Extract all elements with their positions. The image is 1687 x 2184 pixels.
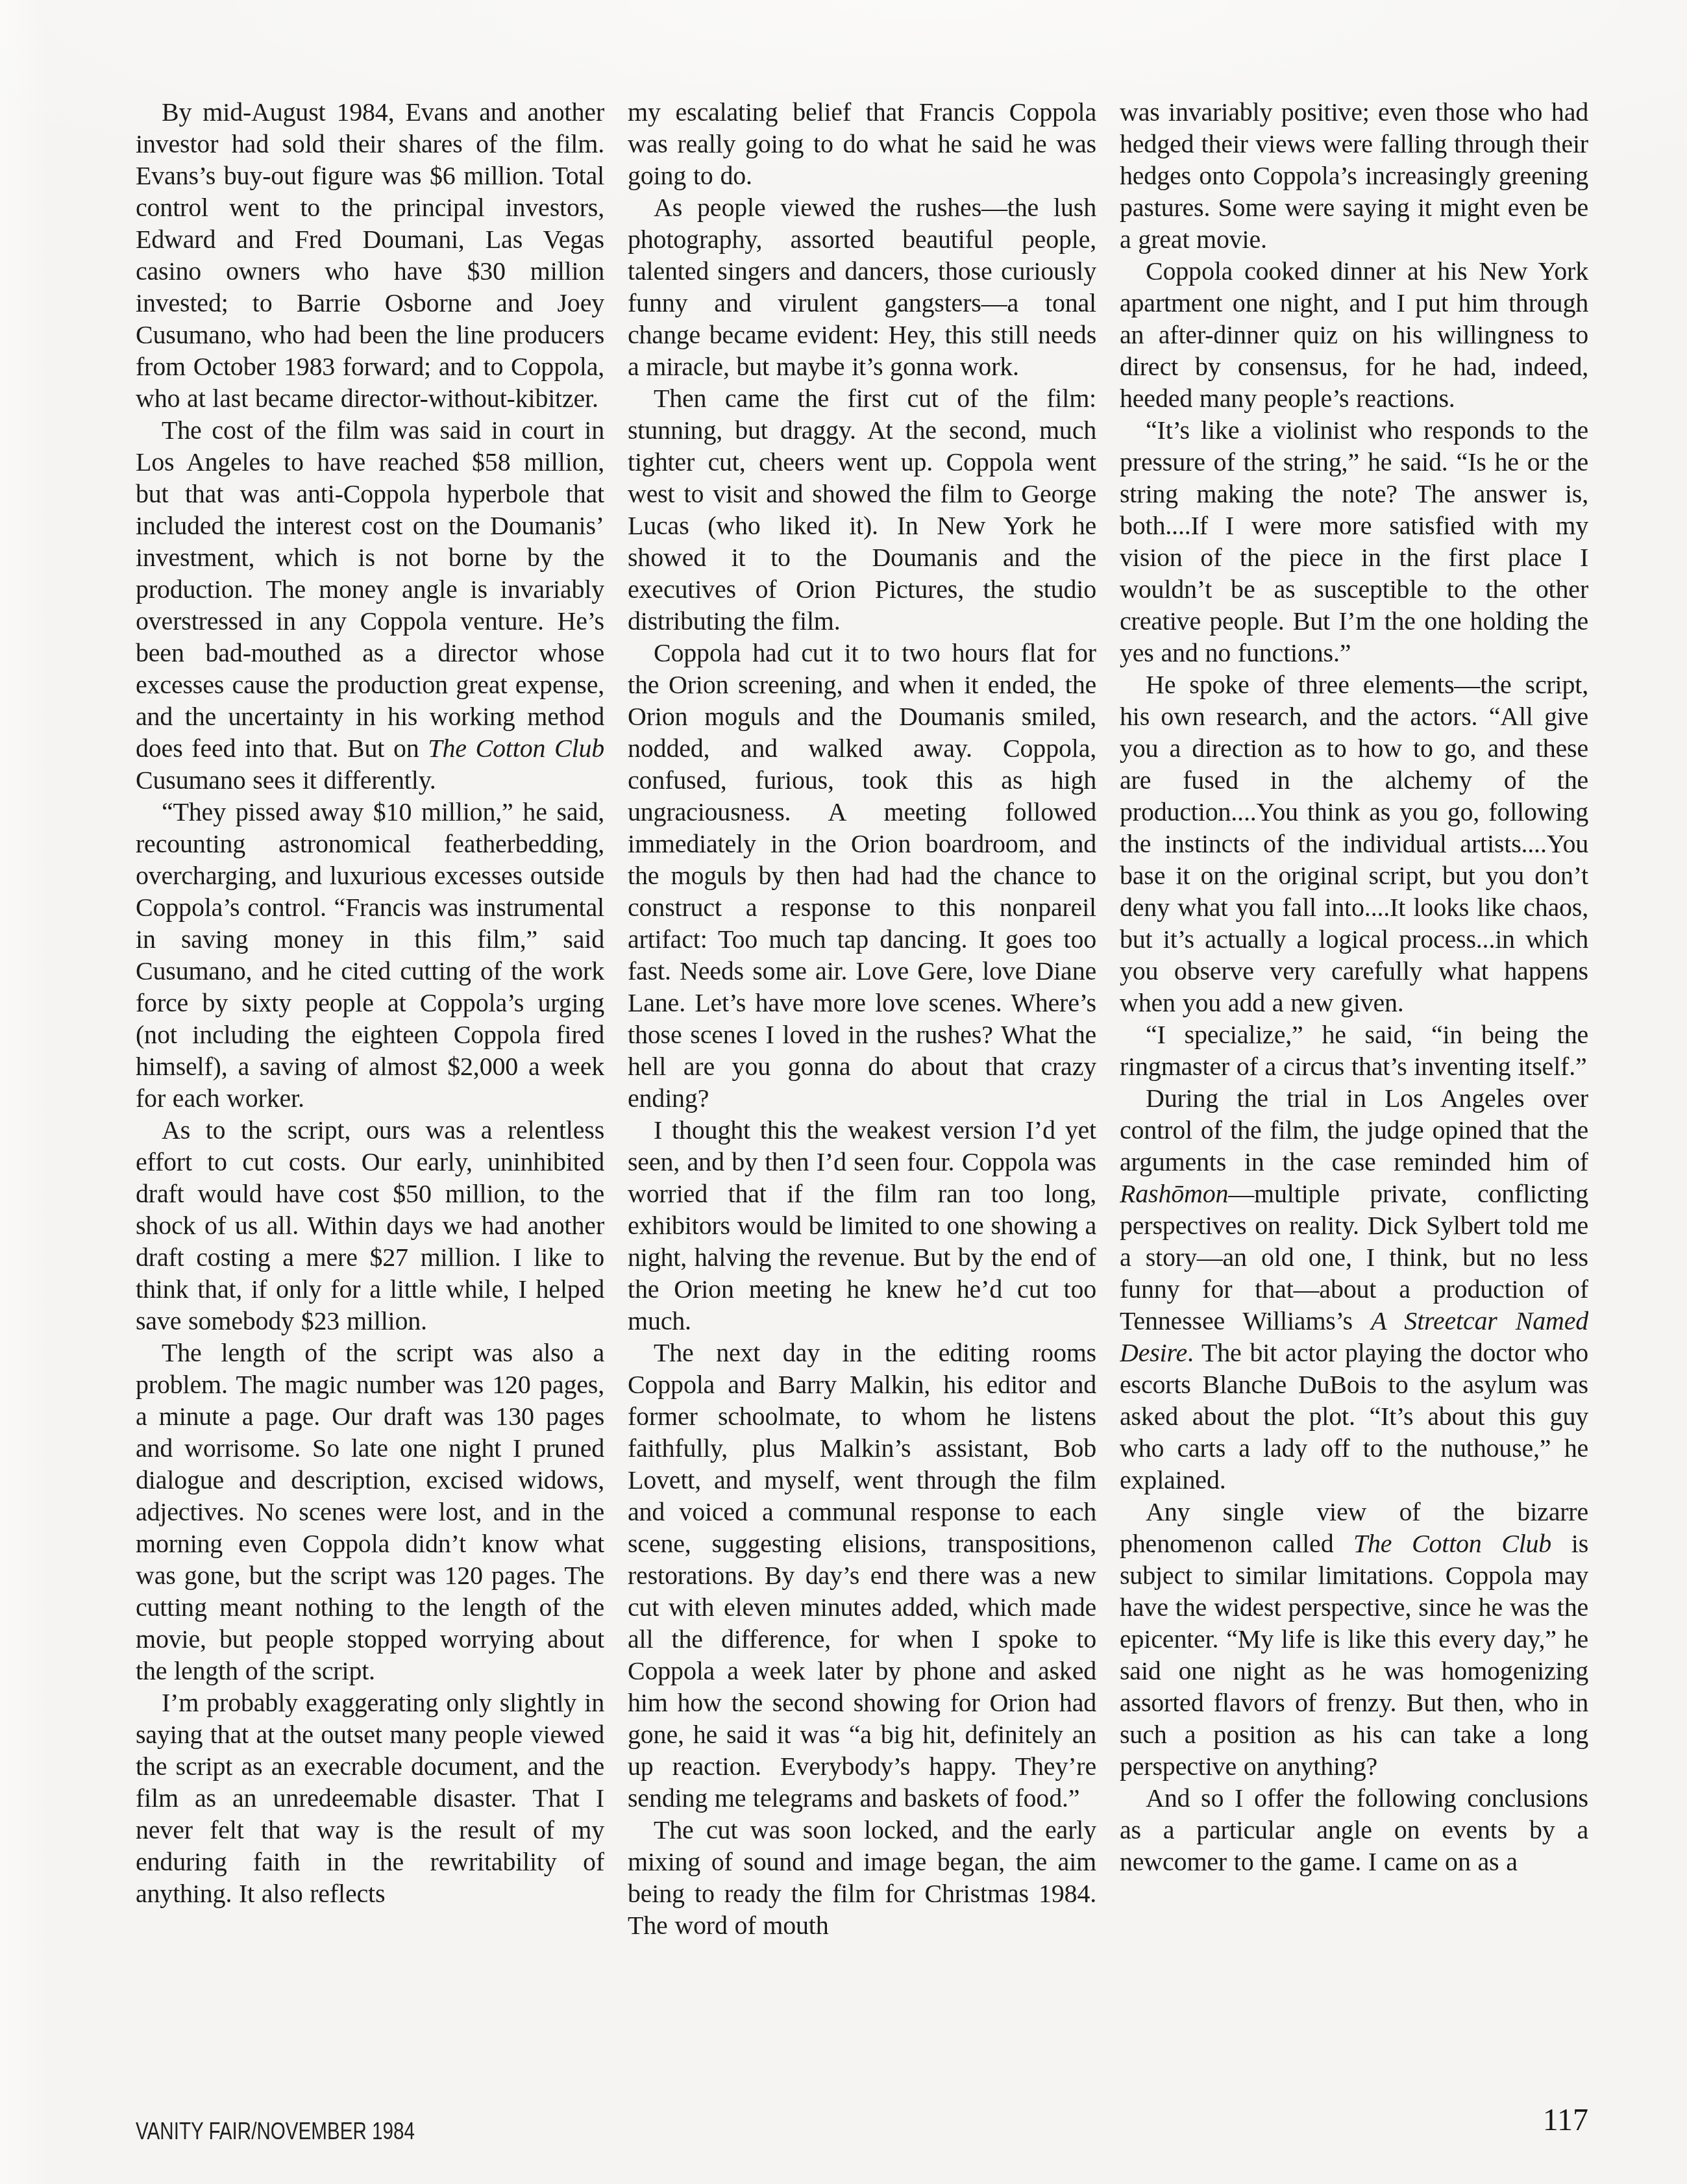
paragraph: Coppola cooked dinner at his New York ap… xyxy=(1120,255,1588,414)
paragraph: As people viewed the rushes—the lush pho… xyxy=(628,192,1096,382)
paragraph: By mid-August 1984, Evans and another in… xyxy=(136,96,604,414)
text-column-2: my escalating belief that Francis Coppol… xyxy=(628,96,1096,2102)
paragraph: “I specialize,” he said, “in being the r… xyxy=(1120,1019,1588,1082)
page-number: 117 xyxy=(1543,2102,1588,2138)
paragraph: The next day in the editing rooms Coppol… xyxy=(628,1337,1096,1814)
text-column-1: By mid-August 1984, Evans and another in… xyxy=(136,96,604,2102)
article-body: By mid-August 1984, Evans and another in… xyxy=(136,96,1588,2102)
paragraph: Any single view of the bizarre phenomeno… xyxy=(1120,1496,1588,1782)
paragraph: was invariably positive; even those who … xyxy=(1120,96,1588,255)
paragraph: Then came the first cut of the film: stu… xyxy=(628,382,1096,637)
paragraph: As to the script, ours was a relentless … xyxy=(136,1114,604,1337)
paragraph: “It’s like a violinist who responds to t… xyxy=(1120,414,1588,669)
paragraph: I thought this the weakest version I’d y… xyxy=(628,1114,1096,1337)
paragraph: I’m probably exaggerating only slightly … xyxy=(136,1687,604,1909)
paragraph: “They pissed away $10 million,” he said,… xyxy=(136,796,604,1114)
paragraph: And so I offer the following conclusions… xyxy=(1120,1782,1588,1878)
paragraph: During the trial in Los Angeles over con… xyxy=(1120,1082,1588,1496)
footer-magazine-date: VANITY FAIR/NOVEMBER 1984 xyxy=(136,2118,415,2145)
paragraph: The length of the script was also a prob… xyxy=(136,1337,604,1687)
paragraph: The cost of the film was said in court i… xyxy=(136,414,604,796)
paragraph: He spoke of three elements—the script, h… xyxy=(1120,669,1588,1019)
page-footer: VANITY FAIR/NOVEMBER 1984 117 xyxy=(136,2102,1588,2138)
paragraph: Coppola had cut it to two hours flat for… xyxy=(628,637,1096,1114)
paragraph: my escalating belief that Francis Coppol… xyxy=(628,96,1096,192)
paragraph: The cut was soon locked, and the early m… xyxy=(628,1814,1096,1941)
text-column-3: was invariably positive; even those who … xyxy=(1120,96,1588,2102)
magazine-page: By mid-August 1984, Evans and another in… xyxy=(0,0,1687,2184)
